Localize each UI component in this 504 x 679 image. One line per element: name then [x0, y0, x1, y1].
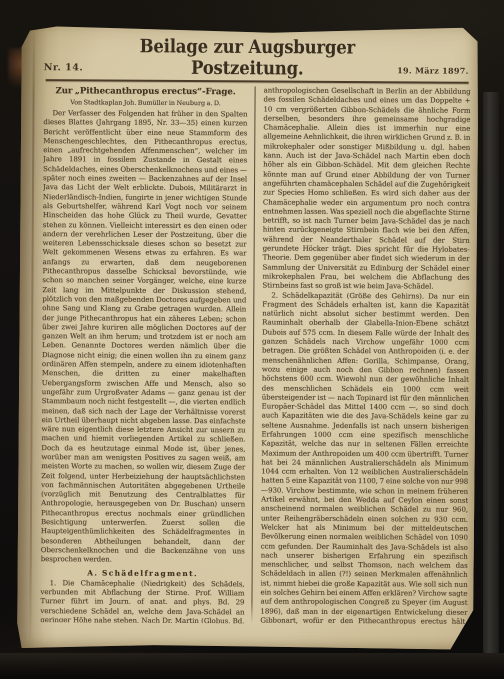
- masthead-title: Beilage zur Augsburger Postzeitung.: [110, 35, 385, 79]
- article-title: Zur „Pithecanthropus erectus“-Frage.: [44, 86, 248, 98]
- article-columns: Zur „Pithecanthropus erectus“-Frage. Von…: [40, 85, 470, 625]
- paragraph-1: Der Verfasser des Folgenden hat früher i…: [41, 109, 248, 566]
- masthead: Nr. 14. Beilage zur Augsburger Postzeitu…: [44, 49, 469, 78]
- masthead-rule: [46, 79, 469, 84]
- issue-number: Nr. 14.: [44, 62, 110, 75]
- section-heading: A. Schädelfragment.: [41, 568, 245, 579]
- photo-background: Nr. 14. Beilage zur Augsburger Postzeitu…: [0, 0, 504, 679]
- table-sheen: [0, 653, 504, 679]
- book-board-edge: [483, 92, 499, 653]
- paragraph-4: 2. Schädelkapazität (Größe des Gehirns).…: [260, 291, 469, 625]
- page-crease: [29, 25, 35, 648]
- paragraph-3: anthropologischen Gesellschaft in Berlin…: [262, 86, 470, 292]
- paragraph-2: 1. Die Chamäcephalie (Niedrigkeit) des S…: [40, 579, 244, 623]
- article-byline: Von Stadtkaplan Joh. Bumüller in Neuburg…: [44, 98, 248, 107]
- newspaper-page: Nr. 14. Beilage zur Augsburger Postzeitu…: [16, 25, 479, 651]
- column-left: Zur „Pithecanthropus erectus“-Frage. Von…: [40, 85, 247, 623]
- column-right: anthropologischen Gesellschaft in Berlin…: [252, 86, 470, 624]
- masthead-date: 19. März 1897.: [385, 65, 469, 78]
